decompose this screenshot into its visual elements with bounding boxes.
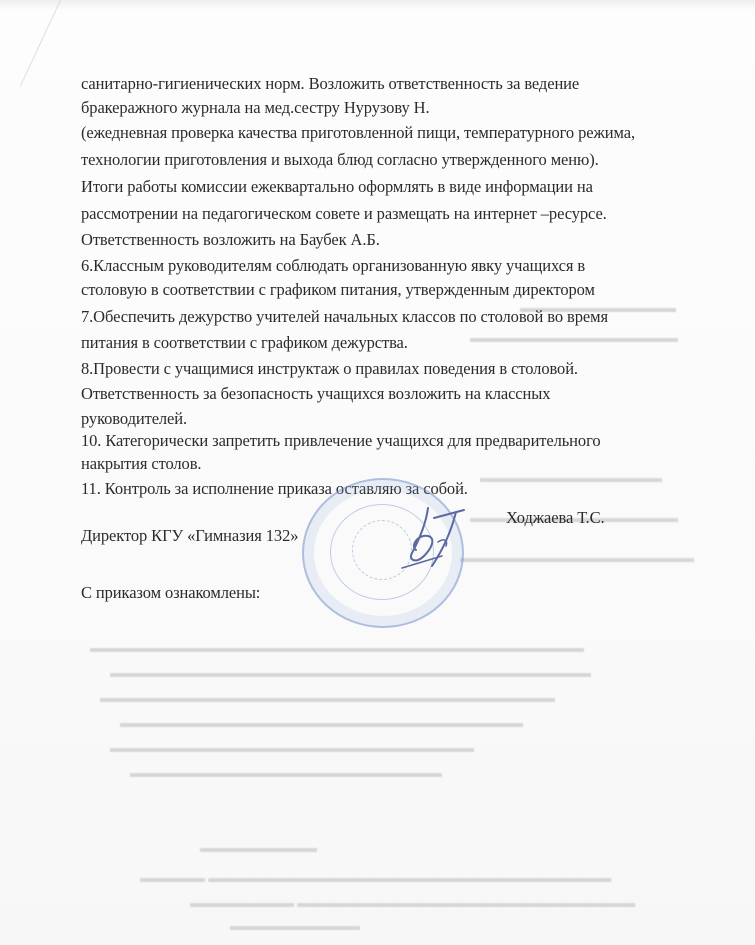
bleed-through-text: ▬▬▬▬▬▬▬▬▬▬▬▬▬▬▬▬▬▬▬▬▬▬▬▬▬▬▬▬ [110,740,474,756]
text-line: Ответственность за безопасность учащихся… [81,384,550,404]
list-item-7: 7.Обеспечить дежурство учителей начальны… [81,307,608,327]
director-name: Ходжаева Т.С. [506,508,605,528]
bleed-through-text: ▬▬▬▬▬▬▬▬▬▬▬▬▬▬▬▬▬▬▬▬▬▬▬▬▬▬▬▬▬▬▬▬▬▬▬ [100,690,555,706]
text-line: питания в соответствии с графиком дежурс… [81,333,408,353]
scan-top-edge [0,0,755,10]
text-line: столовую в соответствии с графиком питан… [81,280,595,300]
bleed-through-text: ▬▬▬▬▬▬▬▬▬▬▬▬▬▬▬▬▬▬ [460,550,694,566]
text-line: санитарно-гигиенических норм. Возложить … [81,74,579,94]
bleed-through-text: ▬▬▬▬▬▬▬▬▬▬▬▬▬▬▬▬▬▬▬▬▬▬▬▬▬▬▬▬▬▬▬▬▬▬▬▬▬ [110,665,591,681]
bleed-through-text: ▬▬▬▬▬▬▬▬▬▬▬▬▬▬▬▬ [470,330,678,346]
paper-fold-line [20,0,61,87]
signature-icon [398,498,478,578]
bleed-through-text: ▬▬▬▬▬▬▬▬▬▬▬▬▬▬▬▬▬▬▬▬▬▬▬▬▬▬▬▬▬▬▬ [120,715,523,731]
text-line: руководителей. [81,409,187,429]
acknowledgement-label: С приказом ознакомлены: [81,583,260,603]
bleed-through-text: ▬▬▬▬▬▬▬▬▬▬▬▬▬▬▬▬▬▬▬▬▬▬▬▬▬▬▬▬▬▬▬▬▬▬▬▬▬▬ [90,640,584,656]
director-position: Директор КГУ «Гимназия 132» [81,526,298,546]
bleed-through-text: ▬▬▬▬▬▬▬▬▬▬ [230,918,360,934]
list-item-8: 8.Провести с учащимися инструктаж о прав… [81,359,578,379]
bleed-through-text: ▬▬▬▬▬▬▬▬▬ [200,840,317,856]
text-line: бракеражного журнала на мед.сестру Нуруз… [81,98,429,118]
text-line: накрытия столов. [81,454,201,474]
text-line: рассмотрении на педагогическом совете и … [81,204,607,224]
text-line: (ежедневная проверка качества приготовле… [81,123,635,143]
list-item-6: 6.Классным руководителям соблюдать орган… [81,256,585,276]
document-page: ▬▬▬▬▬▬▬▬▬▬▬▬ ▬▬▬▬▬▬▬▬▬▬▬▬▬▬▬▬ ▬▬▬▬▬▬▬▬▬▬… [0,0,755,945]
text-line: технологии приготовления и выхода блюд с… [81,150,599,170]
text-line: Ответственность возложить на Баубек А.Б. [81,230,380,250]
text-line: Итоги работы комиссии ежеквартально офор… [81,177,593,197]
bleed-through-text: ▬▬▬▬▬▬▬▬ ▬▬▬▬▬▬▬▬▬▬▬▬▬▬▬▬▬▬▬▬▬▬▬▬▬▬ [190,895,635,911]
bleed-through-text: ▬▬▬▬▬▬▬▬▬▬▬▬▬▬▬▬▬▬▬▬▬▬▬▬ [130,765,442,781]
bleed-through-text: ▬▬▬▬▬ ▬▬▬▬▬▬▬▬▬▬▬▬▬▬▬▬▬▬▬▬▬▬▬▬▬▬▬▬▬▬▬ [140,870,611,886]
bleed-through-text: ▬▬▬▬▬▬▬▬▬▬▬▬▬▬ [480,470,662,486]
list-item-10: 10. Категорически запретить привлечение … [81,431,600,451]
